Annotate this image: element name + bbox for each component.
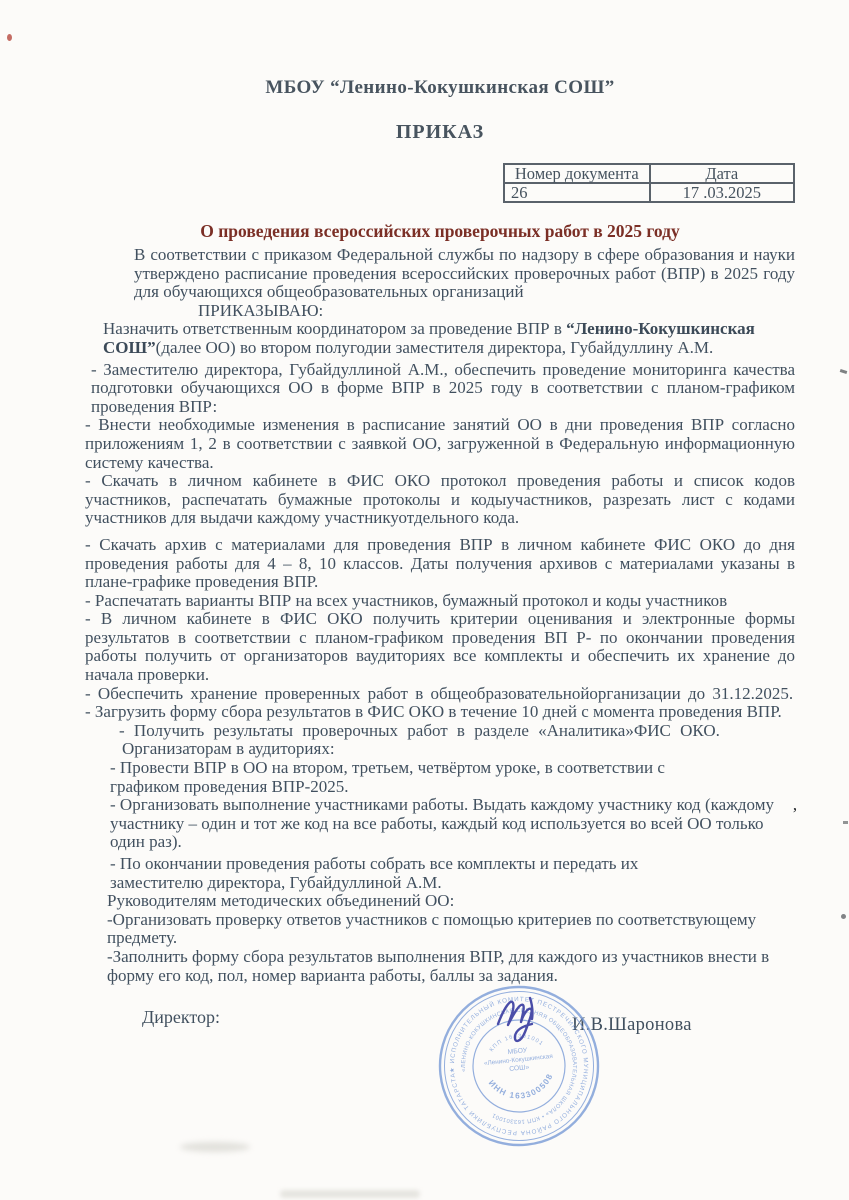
item-storage: - Обеспечить хранение проверенных работ …	[85, 685, 795, 704]
item-upload-results: - Загрузить форму сбора результатов в ФИ…	[85, 703, 795, 722]
item-fill-form: -Заполнить форму сбора результатов выпол…	[107, 948, 795, 985]
appoint-post-text: (далее ОО) во втором полугодии заместите…	[156, 338, 714, 357]
meta-col-number: Номер документа	[504, 164, 650, 183]
meta-date-value: 17 .03.2025	[650, 183, 794, 202]
meta-col-date: Дата	[650, 164, 794, 183]
intro-paragraph: В соответствии с приказом Федеральной сл…	[134, 246, 795, 302]
doc-type-title: ПРИКАЗ	[85, 120, 795, 144]
doc-meta-table: Номер документа Дата 26 17 .03.2025	[503, 163, 795, 203]
appoint-paragraph: Назначить ответственным координатором за…	[103, 320, 779, 357]
scan-artifact-dot	[841, 914, 846, 919]
org-title: МБОУ “Ленино-Кокушкинская СОШ”	[85, 76, 795, 100]
meta-number-value: 26	[504, 183, 650, 202]
document-page: МБОУ “Ленино-Кокушкинская СОШ” ПРИКАЗ Но…	[0, 0, 849, 1200]
item-print-variants: - Распечатать варианты ВПР на всех участ…	[85, 592, 795, 611]
director-label: Директор:	[142, 1007, 220, 1028]
stamp-center-line3: СОШ»	[509, 1064, 530, 1073]
item-get-results: - Получить результаты проверочных работ …	[119, 722, 795, 741]
item-conduct-vpr: - Провести ВПР в ОО на втором, третьем, …	[110, 759, 730, 796]
appoint-pre-text: Назначить ответственным координатором за…	[103, 319, 566, 338]
meta-value-row: 26 17 .03.2025	[504, 183, 794, 202]
item-check-answers: -Организовать проверку ответов участнико…	[107, 911, 767, 948]
scan-artifact-smudge-2	[280, 1190, 420, 1198]
scan-artifact-dash-2	[843, 821, 848, 824]
item-participant-codes: - Организовать выполнение участниками ра…	[110, 796, 790, 852]
item-download-protocol: - Скачать в личном кабинете в ФИС ОКО пр…	[85, 472, 795, 528]
item-collect-kits: - По окончании проведения работы собрать…	[110, 855, 730, 892]
item-deputy-monitoring: - Заместителю директора, Губайдуллиной А…	[91, 361, 795, 417]
order-word: ПРИКАЗЫВАЮ:	[198, 302, 795, 321]
heading-organizers: Организаторам в аудиториях:	[122, 740, 795, 759]
document-body: МБОУ “Ленино-Кокушкинская СОШ” ПРИКАЗ Но…	[0, 0, 849, 1067]
item-criteria-forms: - В личном кабинете в ФИС ОКО получить к…	[85, 610, 795, 684]
director-signature-ink	[492, 986, 562, 1052]
scan-artifact-red-dot	[7, 34, 12, 41]
subject-line: О проведения всероссийских проверочных р…	[85, 222, 795, 241]
item-download-archive: - Скачать архив с материалами для провед…	[85, 536, 795, 592]
heading-method-leaders: Руководителям методических объединений О…	[107, 892, 795, 911]
meta-header-row: Номер документа Дата	[504, 164, 794, 183]
scan-artifact-smudge	[180, 1142, 250, 1152]
scan-artifact-apostrophe: ’	[792, 804, 798, 824]
item-schedule-changes: - Внести необходимые изменения в расписа…	[85, 416, 795, 472]
